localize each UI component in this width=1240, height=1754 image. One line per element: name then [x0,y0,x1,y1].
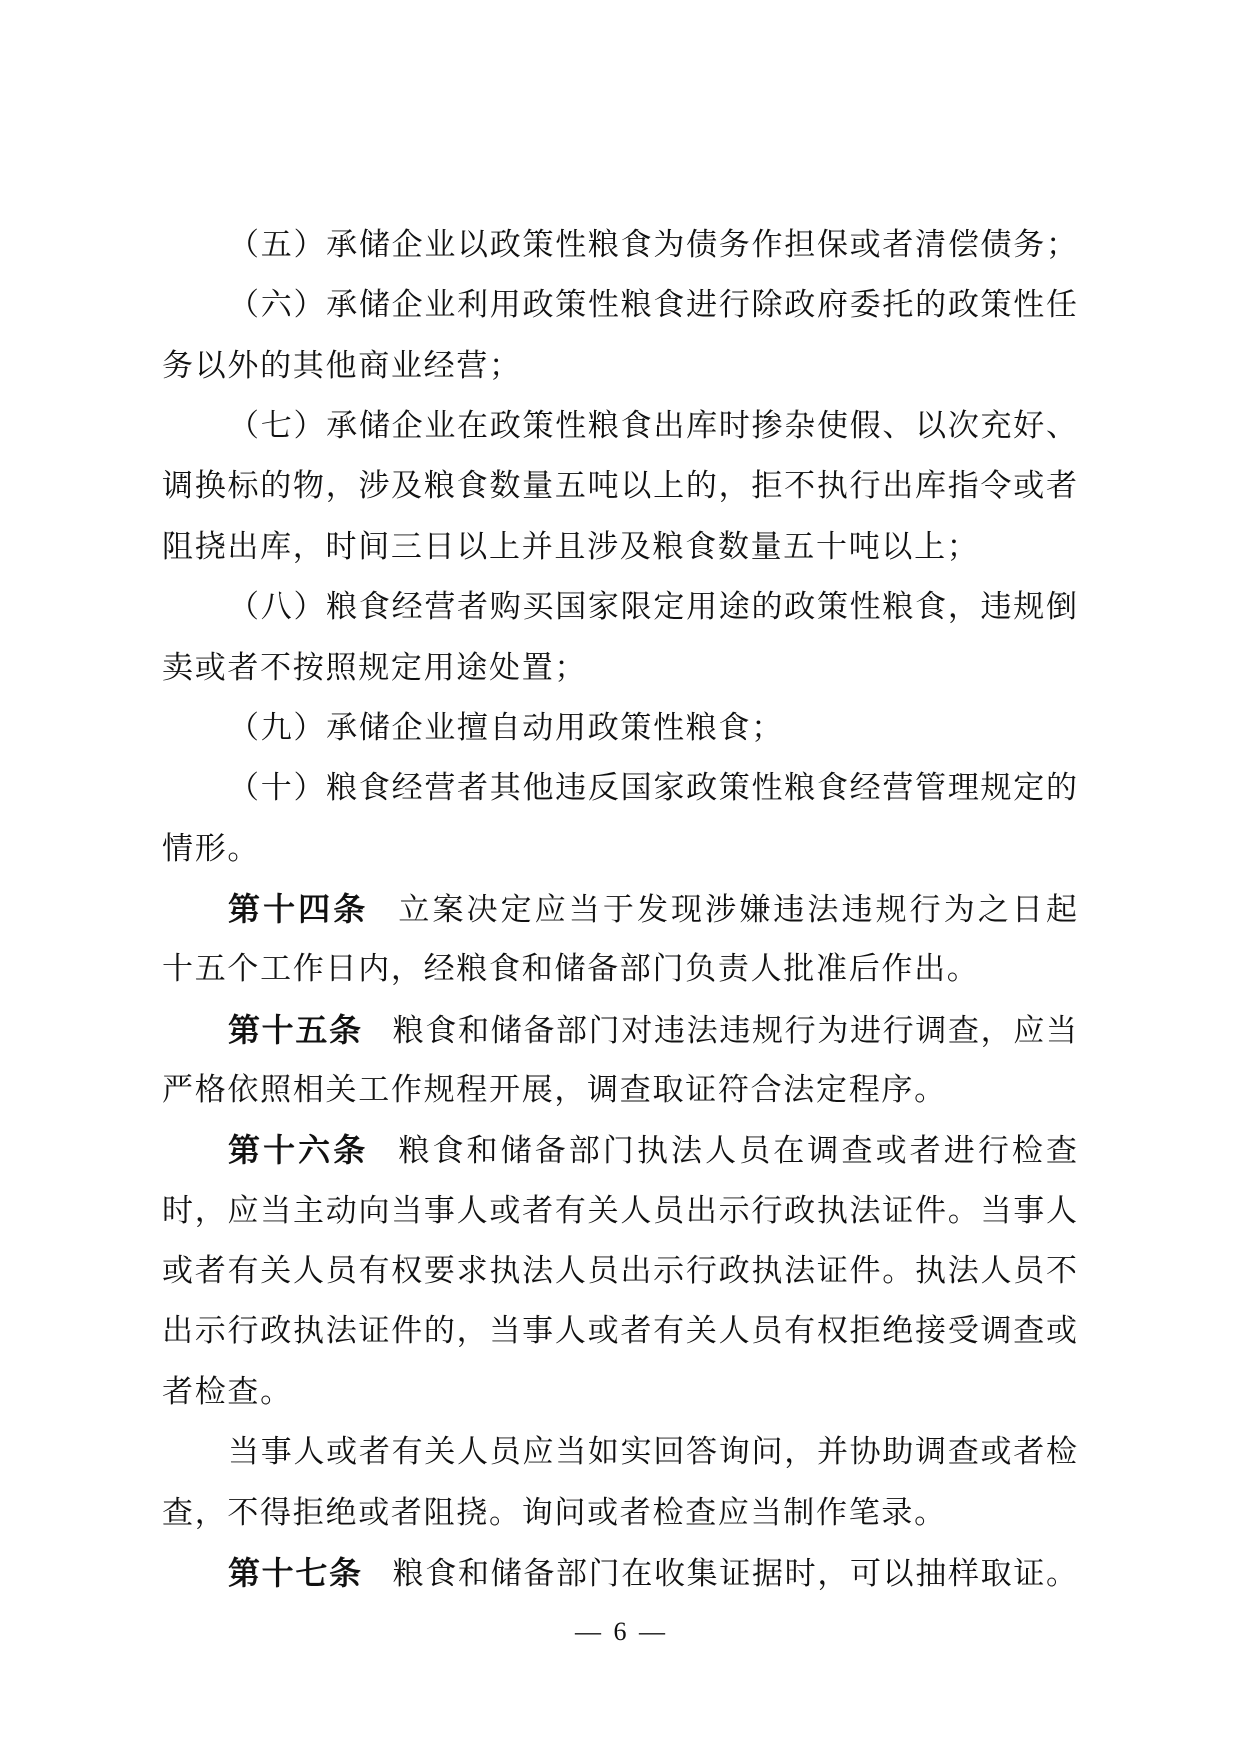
text-line: 出示行政执法证件的，当事人或者有关人员有权拒绝接受调查或 [162,1301,1077,1361]
text-line: 时，应当主动向当事人或者有关人员出示行政执法证件。当事人 [162,1181,1077,1241]
article-title: 第十四条 [228,890,368,928]
article-text: 粮食和储备部门在收集证据时，可以抽样取证。 [393,1556,1077,1592]
text-line: （七）承储企业在政策性粮食出库时掺杂使假、以次充好、 [162,396,1077,456]
text-line: 卖或者不按照规定用途处置； [162,638,1077,698]
paragraph-article-17: 第十七条粮食和储备部门在收集证据时，可以抽样取证。 [162,1543,1077,1603]
text-line: （五）承储企业以政策性粮食为债务作担保或者清偿债务； [162,215,1077,275]
text-line: 或者有关人员有权要求执法人员出示行政执法证件。执法人员不 [162,1241,1077,1301]
paragraph-article-15: 第十五条粮食和储备部门对违法违规行为进行调查，应当 严格依照相关工作规程开展，调… [162,1000,1077,1121]
paragraph-item-8: （八）粮食经营者购买国家限定用途的政策性粮食，违规倒 卖或者不按照规定用途处置； [162,577,1077,698]
article-first-line: 第十七条粮食和储备部门在收集证据时，可以抽样取证。 [162,1543,1077,1603]
article-first-line: 第十四条立案决定应当于发现涉嫌违法违规行为之日起 [162,879,1077,939]
paragraph-item-6: （六）承储企业利用政策性粮食进行除政府委托的政策性任 务以外的其他商业经营； [162,275,1077,396]
paragraph-item-9: （九）承储企业擅自动用政策性粮食； [162,698,1077,758]
text-line: 务以外的其他商业经营； [162,336,1077,396]
article-title: 第十六条 [228,1131,368,1169]
text-line: （十）粮食经营者其他违反国家政策性粮食经营管理规定的 [162,758,1077,818]
text-line: （九）承储企业擅自动用政策性粮食； [162,698,1077,758]
text-line: 当事人或者有关人员应当如实回答询问，并协助调查或者检 [162,1422,1077,1482]
text-line: 者检查。 [162,1362,1077,1422]
paragraph-item-5: （五）承储企业以政策性粮食为债务作担保或者清偿债务； [162,215,1077,275]
text-line: 情形。 [162,819,1077,879]
text-line: 查，不得拒绝或者阻挠。询问或者检查应当制作笔录。 [162,1483,1077,1543]
text-line: 调换标的物，涉及粮食数量五吨以上的，拒不执行出库指令或者 [162,456,1077,516]
article-text: 粮食和储备部门执法人员在调查或者进行检查 [398,1133,1077,1169]
text-line: （六）承储企业利用政策性粮食进行除政府委托的政策性任 [162,275,1077,335]
text-line: 阻挠出库，时间三日以上并且涉及粮食数量五十吨以上； [162,517,1077,577]
document-page: （五）承储企业以政策性粮食为债务作担保或者清偿债务； （六）承储企业利用政策性粮… [0,0,1240,1754]
paragraph-item-7: （七）承储企业在政策性粮食出库时掺杂使假、以次充好、 调换标的物，涉及粮食数量五… [162,396,1077,577]
paragraph-article-16: 第十六条粮食和储备部门执法人员在调查或者进行检查 时，应当主动向当事人或者有关人… [162,1120,1077,1422]
article-text: 立案决定应当于发现涉嫌违法违规行为之日起 [398,892,1077,928]
text-line: 严格依照相关工作规程开展，调查取证符合法定程序。 [162,1060,1077,1120]
text-line: （八）粮食经营者购买国家限定用途的政策性粮食，违规倒 [162,577,1077,637]
paragraph-article-16-part-2: 当事人或者有关人员应当如实回答询问，并协助调查或者检 查，不得拒绝或者阻挠。询问… [162,1422,1077,1543]
paragraph-item-10: （十）粮食经营者其他违反国家政策性粮食经营管理规定的 情形。 [162,758,1077,879]
text-line: 十五个工作日内，经粮食和储备部门负责人批准后作出。 [162,939,1077,999]
article-title: 第十五条 [228,1011,363,1049]
document-body: （五）承储企业以政策性粮食为债务作担保或者清偿债务； （六）承储企业利用政策性粮… [162,215,1077,1603]
page-number: — 6 — [0,1612,1240,1652]
article-title: 第十七条 [228,1554,363,1592]
article-first-line: 第十五条粮食和储备部门对违法违规行为进行调查，应当 [162,1000,1077,1060]
article-first-line: 第十六条粮食和储备部门执法人员在调查或者进行检查 [162,1120,1077,1180]
article-text: 粮食和储备部门对违法违规行为进行调查，应当 [393,1013,1077,1049]
paragraph-article-14: 第十四条立案决定应当于发现涉嫌违法违规行为之日起 十五个工作日内，经粮食和储备部… [162,879,1077,1000]
